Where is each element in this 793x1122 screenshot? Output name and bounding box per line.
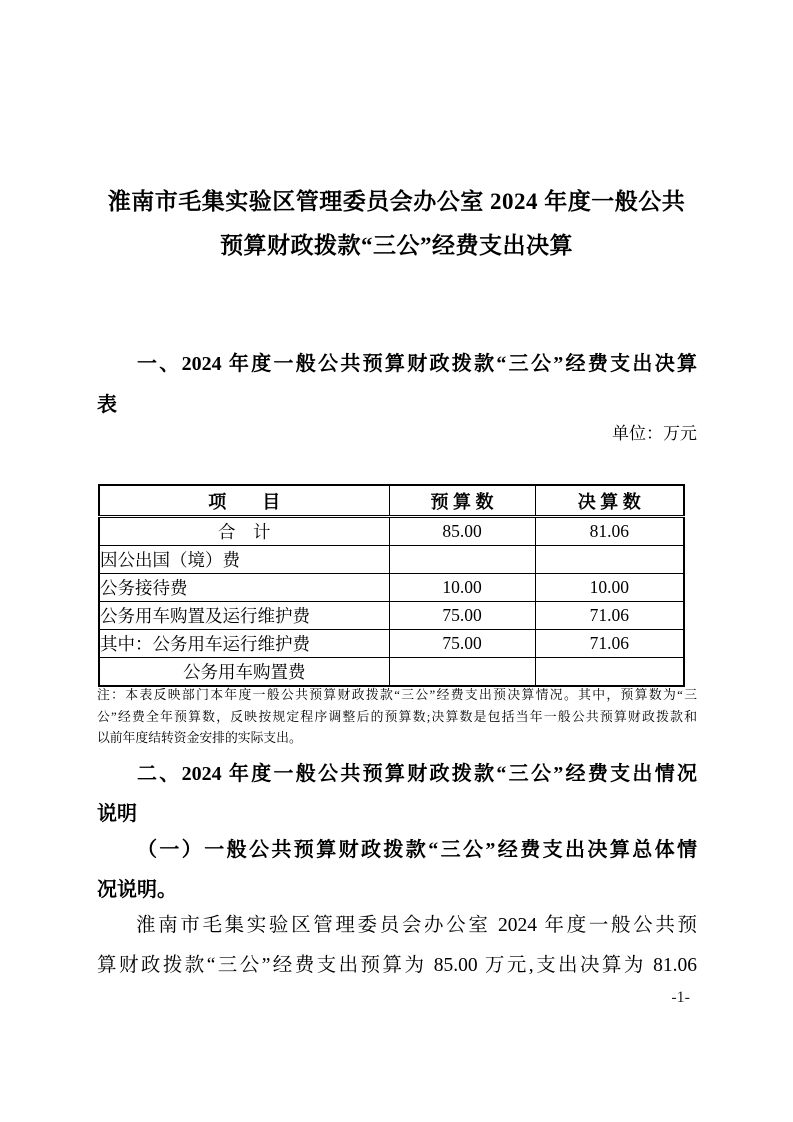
budget-cell: 75.00 xyxy=(389,630,535,658)
note-line-2: 公”经费全年预算数，反映按规定程序调整后的预算数;决算数是包括当年一般公共预算财… xyxy=(97,707,697,729)
unit-label: 单位：万元 xyxy=(97,419,697,444)
note-line-1: 注：本表反映部门本年度一般公共预算财政拨款“三公”经费支出预决算情况。其中，预算… xyxy=(97,685,697,707)
budget-cell: 85.00 xyxy=(389,517,535,546)
paragraph-line-1: 淮南市毛集实验区管理委员会办公室 2024 年度一般公共预 xyxy=(97,906,697,946)
table-row-vehicle-operation: 其中：公务用车运行维护费 75.00 71.06 xyxy=(99,630,684,658)
table-row-reception: 公务接待费 10.00 10.00 xyxy=(99,574,684,602)
final-cell xyxy=(535,658,684,687)
column-header-final: 决 算 数 xyxy=(535,485,684,517)
item-cell: 公务接待费 xyxy=(99,574,389,602)
final-cell: 71.06 xyxy=(535,602,684,630)
note-line-3: 以前年度结转资金安排的实际支出。 xyxy=(97,728,697,750)
item-cell: 因公出国（境）费 xyxy=(99,546,389,574)
table-row-total: 合 计 85.00 81.06 xyxy=(99,517,684,546)
budget-cell: 10.00 xyxy=(389,574,535,602)
document-title: 淮南市毛集实验区管理委员会办公室 2024 年度一般公共 预算财政拨款“三公”经… xyxy=(0,180,793,268)
section-two-line-1: 二、2024 年度一般公共预算财政拨款“三公”经费支出情况 xyxy=(97,754,697,794)
section-one-heading: 一、2024 年度一般公共预算财政拨款“三公”经费支出决算 表 xyxy=(97,344,697,426)
section-two-line-2: 说明 xyxy=(97,794,697,834)
budget-cell xyxy=(389,658,535,687)
section-two-heading: 二、2024 年度一般公共预算财政拨款“三公”经费支出情况 说明 xyxy=(97,754,697,834)
column-header-budget: 预 算 数 xyxy=(389,485,535,517)
subsection-one-line-1: （一）一般公共预算财政拨款“三公”经费支出决算总体情 xyxy=(97,830,697,870)
final-cell: 10.00 xyxy=(535,574,684,602)
table-row-vehicle-purchase: 公务用车购置费 xyxy=(99,658,684,687)
table-note: 注：本表反映部门本年度一般公共预算财政拨款“三公”经费支出预决算情况。其中，预算… xyxy=(97,685,697,750)
page-number: -1- xyxy=(97,989,697,1007)
section-one-line-1: 一、2024 年度一般公共预算财政拨款“三公”经费支出决算 xyxy=(97,344,697,385)
body-paragraph: 淮南市毛集实验区管理委员会办公室 2024 年度一般公共预 算财政拨款“三公”经… xyxy=(97,906,697,986)
item-cell: 公务用车购置及运行维护费 xyxy=(99,602,389,630)
table-header-row: 项 目 预 算 数 决 算 数 xyxy=(99,485,684,517)
final-cell xyxy=(535,546,684,574)
budget-cell xyxy=(389,546,535,574)
title-line-2: 预算财政拨款“三公”经费支出决算 xyxy=(0,224,793,268)
final-cell: 71.06 xyxy=(535,630,684,658)
paragraph-line-2: 算财政拨款“三公”经费支出预算为 85.00 万元,支出决算为 81.06 xyxy=(97,946,697,986)
table-row-vehicle-total: 公务用车购置及运行维护费 75.00 71.06 xyxy=(99,602,684,630)
title-line-1: 淮南市毛集实验区管理委员会办公室 2024 年度一般公共 xyxy=(0,180,793,224)
document-page: 淮南市毛集实验区管理委员会办公室 2024 年度一般公共 预算财政拨款“三公”经… xyxy=(0,0,793,1122)
subsection-one-heading: （一）一般公共预算财政拨款“三公”经费支出决算总体情 况说明。 xyxy=(97,830,697,910)
item-cell: 公务用车购置费 xyxy=(99,658,389,687)
budget-cell: 75.00 xyxy=(389,602,535,630)
item-cell: 合 计 xyxy=(99,517,389,546)
budget-table: 项 目 预 算 数 决 算 数 合 计 85.00 81.06 因公出国（境）费… xyxy=(98,484,685,687)
subsection-one-line-2: 况说明。 xyxy=(97,870,697,910)
final-cell: 81.06 xyxy=(535,517,684,546)
column-header-item: 项 目 xyxy=(99,485,389,517)
item-cell: 其中：公务用车运行维护费 xyxy=(99,630,389,658)
table-row-abroad: 因公出国（境）费 xyxy=(99,546,684,574)
